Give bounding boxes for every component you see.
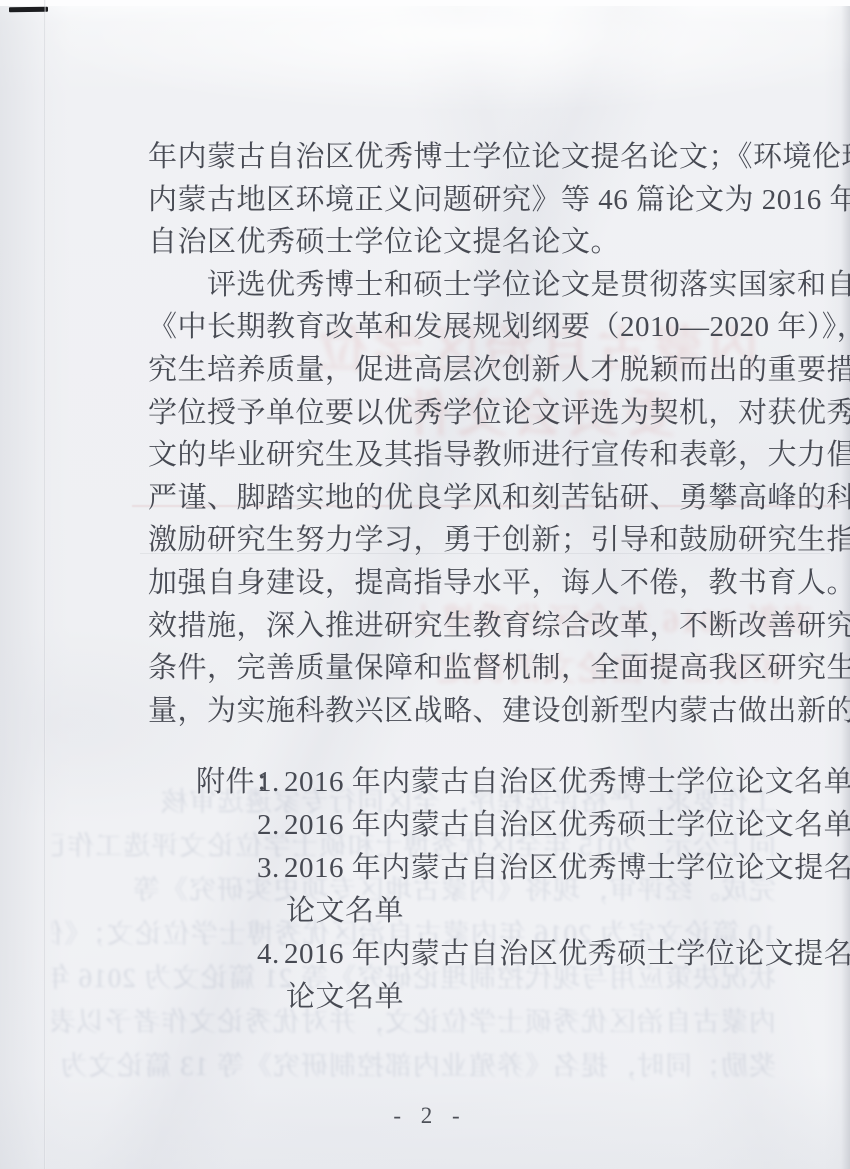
body-line: 自治区优秀硕士学位论文提名论文。 <box>148 221 744 264</box>
bleedthrough-text: 奖励；同时，提名《养殖业内部控制研究》等 13 篇论文为 2016 <box>52 1044 776 1088</box>
attachment-item: 2.2016 年内蒙古自治区优秀硕士学位论文名单 <box>257 804 756 847</box>
body-line: 年内蒙古自治区优秀博士学位论文提名论文；《环境伦理视阈下 <box>148 136 744 179</box>
body-line: 严谨、脚踏实地的优良学风和刻苦钻研、勇攀高峰的科学精神。 <box>148 477 744 520</box>
page-number: - 2 - <box>0 1103 850 1129</box>
body-line: 文的毕业研究生及其指导教师进行宣传和表彰，大力倡导科学 <box>148 434 744 477</box>
body-line: 究生培养质量，促进高层次创新人才脱颖而出的重要措施。各 <box>148 349 744 392</box>
attachment-number: 2. <box>257 804 284 847</box>
attachment-text: 论文名单 <box>286 895 404 927</box>
scanned-document-page: 内蒙古自治区学位 委员会文件 表彰 2016 年全区优秀博士 和硕士学位论文的决… <box>0 0 850 1169</box>
body-line: 内蒙古地区环境正义问题研究》等 46 篇论文为 2016 年内蒙古 <box>148 179 744 222</box>
document-body: 年内蒙古自治区优秀博士学位论文提名论文；《环境伦理视阈下 内蒙古地区环境正义问题… <box>148 136 744 732</box>
body-line: 量，为实施科教兴区战略、建设创新型内蒙古做出新的贡献。 <box>148 690 744 733</box>
body-line: 学位授予单位要以优秀学位论文评选为契机，对获优秀学位论 <box>148 392 744 435</box>
body-line: 条件，完善质量保障和监督机制，全面提高我区研究生培养质 <box>148 647 744 690</box>
attachment-text: 论文名单 <box>286 981 404 1013</box>
attachment-text: 2016 年内蒙古自治区优秀博士学位论文名单 <box>284 766 850 798</box>
attachment-item-continuation: 论文名单 <box>257 890 756 933</box>
body-line: 激励研究生努力学习，勇于创新；引导和鼓励研究生指导教师 <box>148 519 744 562</box>
body-line: 效措施，深入推进研究生教育综合改革，不断改善研究生培养 <box>148 605 744 648</box>
attachment-item: 1.2016 年内蒙古自治区优秀博士学位论文名单 <box>257 761 756 804</box>
attachment-number: 3. <box>257 847 284 890</box>
attachment-item: 3.2016 年内蒙古自治区优秀博士学位论文提名 <box>257 847 756 890</box>
attachment-item-continuation: 论文名单 <box>257 976 756 1019</box>
scanner-top-edge <box>0 0 850 6</box>
attachments-list: 附件： 1.2016 年内蒙古自治区优秀博士学位论文名单 2.2016 年内蒙古… <box>196 761 756 1019</box>
scan-artifact-mark <box>9 7 48 12</box>
attachment-number: 4. <box>257 933 284 976</box>
attachment-text: 2016 年内蒙古自治区优秀博士学位论文提名 <box>284 852 850 884</box>
attachment-text: 2016 年内蒙古自治区优秀硕士学位论文名单 <box>284 809 850 841</box>
attachment-item: 4.2016 年内蒙古自治区优秀硕士学位论文提名 <box>257 933 756 976</box>
body-line: 《中长期教育改革和发展规划纲要（2010—2020 年）》，提高研 <box>148 306 744 349</box>
attachments-label: 附件： <box>196 761 285 804</box>
paper-fold-line <box>44 0 46 1169</box>
attachment-text: 2016 年内蒙古自治区优秀硕士学位论文提名 <box>284 938 850 970</box>
body-line: 评选优秀博士和硕士学位论文是贯彻落实国家和自治区 <box>148 264 744 307</box>
body-line: 加强自身建设，提高指导水平，诲人不倦，教书育人。采取有 <box>148 562 744 605</box>
